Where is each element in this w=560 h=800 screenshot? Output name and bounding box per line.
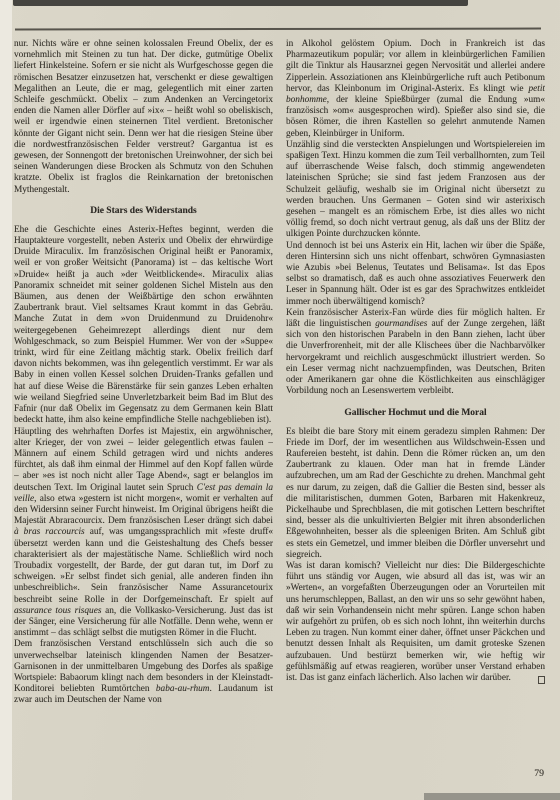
page-body: nur. Nichts wäre er ohne seinen kolossal… [14, 39, 545, 779]
left-column: nur. Nichts wäre er ohne seinen kolossal… [14, 39, 273, 779]
body-paragraph-text: Was ist daran komisch? Vielleicht nur di… [286, 561, 545, 683]
body-paragraph: Es bleibt die bare Story mit einem gerad… [286, 427, 545, 561]
section-heading-hochmut: Gallischer Hochmut und die Moral [286, 408, 545, 419]
body-paragraph: nur. Nichts wäre er ohne seinen kolossal… [14, 39, 273, 196]
end-of-article-marker [538, 676, 545, 684]
page-top-rule [15, 28, 541, 31]
scan-artifact-bottom-bar [424, 793, 560, 800]
section-heading-stars: Die Stars des Widerstands [14, 206, 273, 217]
body-paragraph: Ehe die Geschichte eines Asterix-Heftes … [14, 225, 273, 427]
body-paragraph: Unzählig sind die versteckten Anspielung… [286, 140, 545, 241]
body-paragraph: Kein französischer Asterix-Fan würde die… [286, 308, 545, 398]
scan-artifact-top-band [13, 0, 468, 6]
body-paragraph: Häuptling des wehrhaften Dorfes ist Maje… [14, 427, 273, 640]
body-paragraph: in Alkohol gelöstem Opium. Doch in Frank… [286, 39, 545, 140]
body-paragraph: Was ist daran komisch? Vielleicht nur di… [286, 561, 545, 684]
scan-left-edge [0, 0, 12, 800]
book-page-scan: nur. Nichts wäre er ohne seinen kolossal… [0, 0, 560, 800]
right-column: in Alkohol gelöstem Opium. Doch in Frank… [286, 39, 545, 779]
page-number: 79 [534, 768, 544, 779]
body-paragraph: Und dennoch ist bei uns Asterix ein Hit,… [286, 241, 545, 308]
body-paragraph: Dem französischen Verstand entschlüsseln… [14, 639, 273, 706]
